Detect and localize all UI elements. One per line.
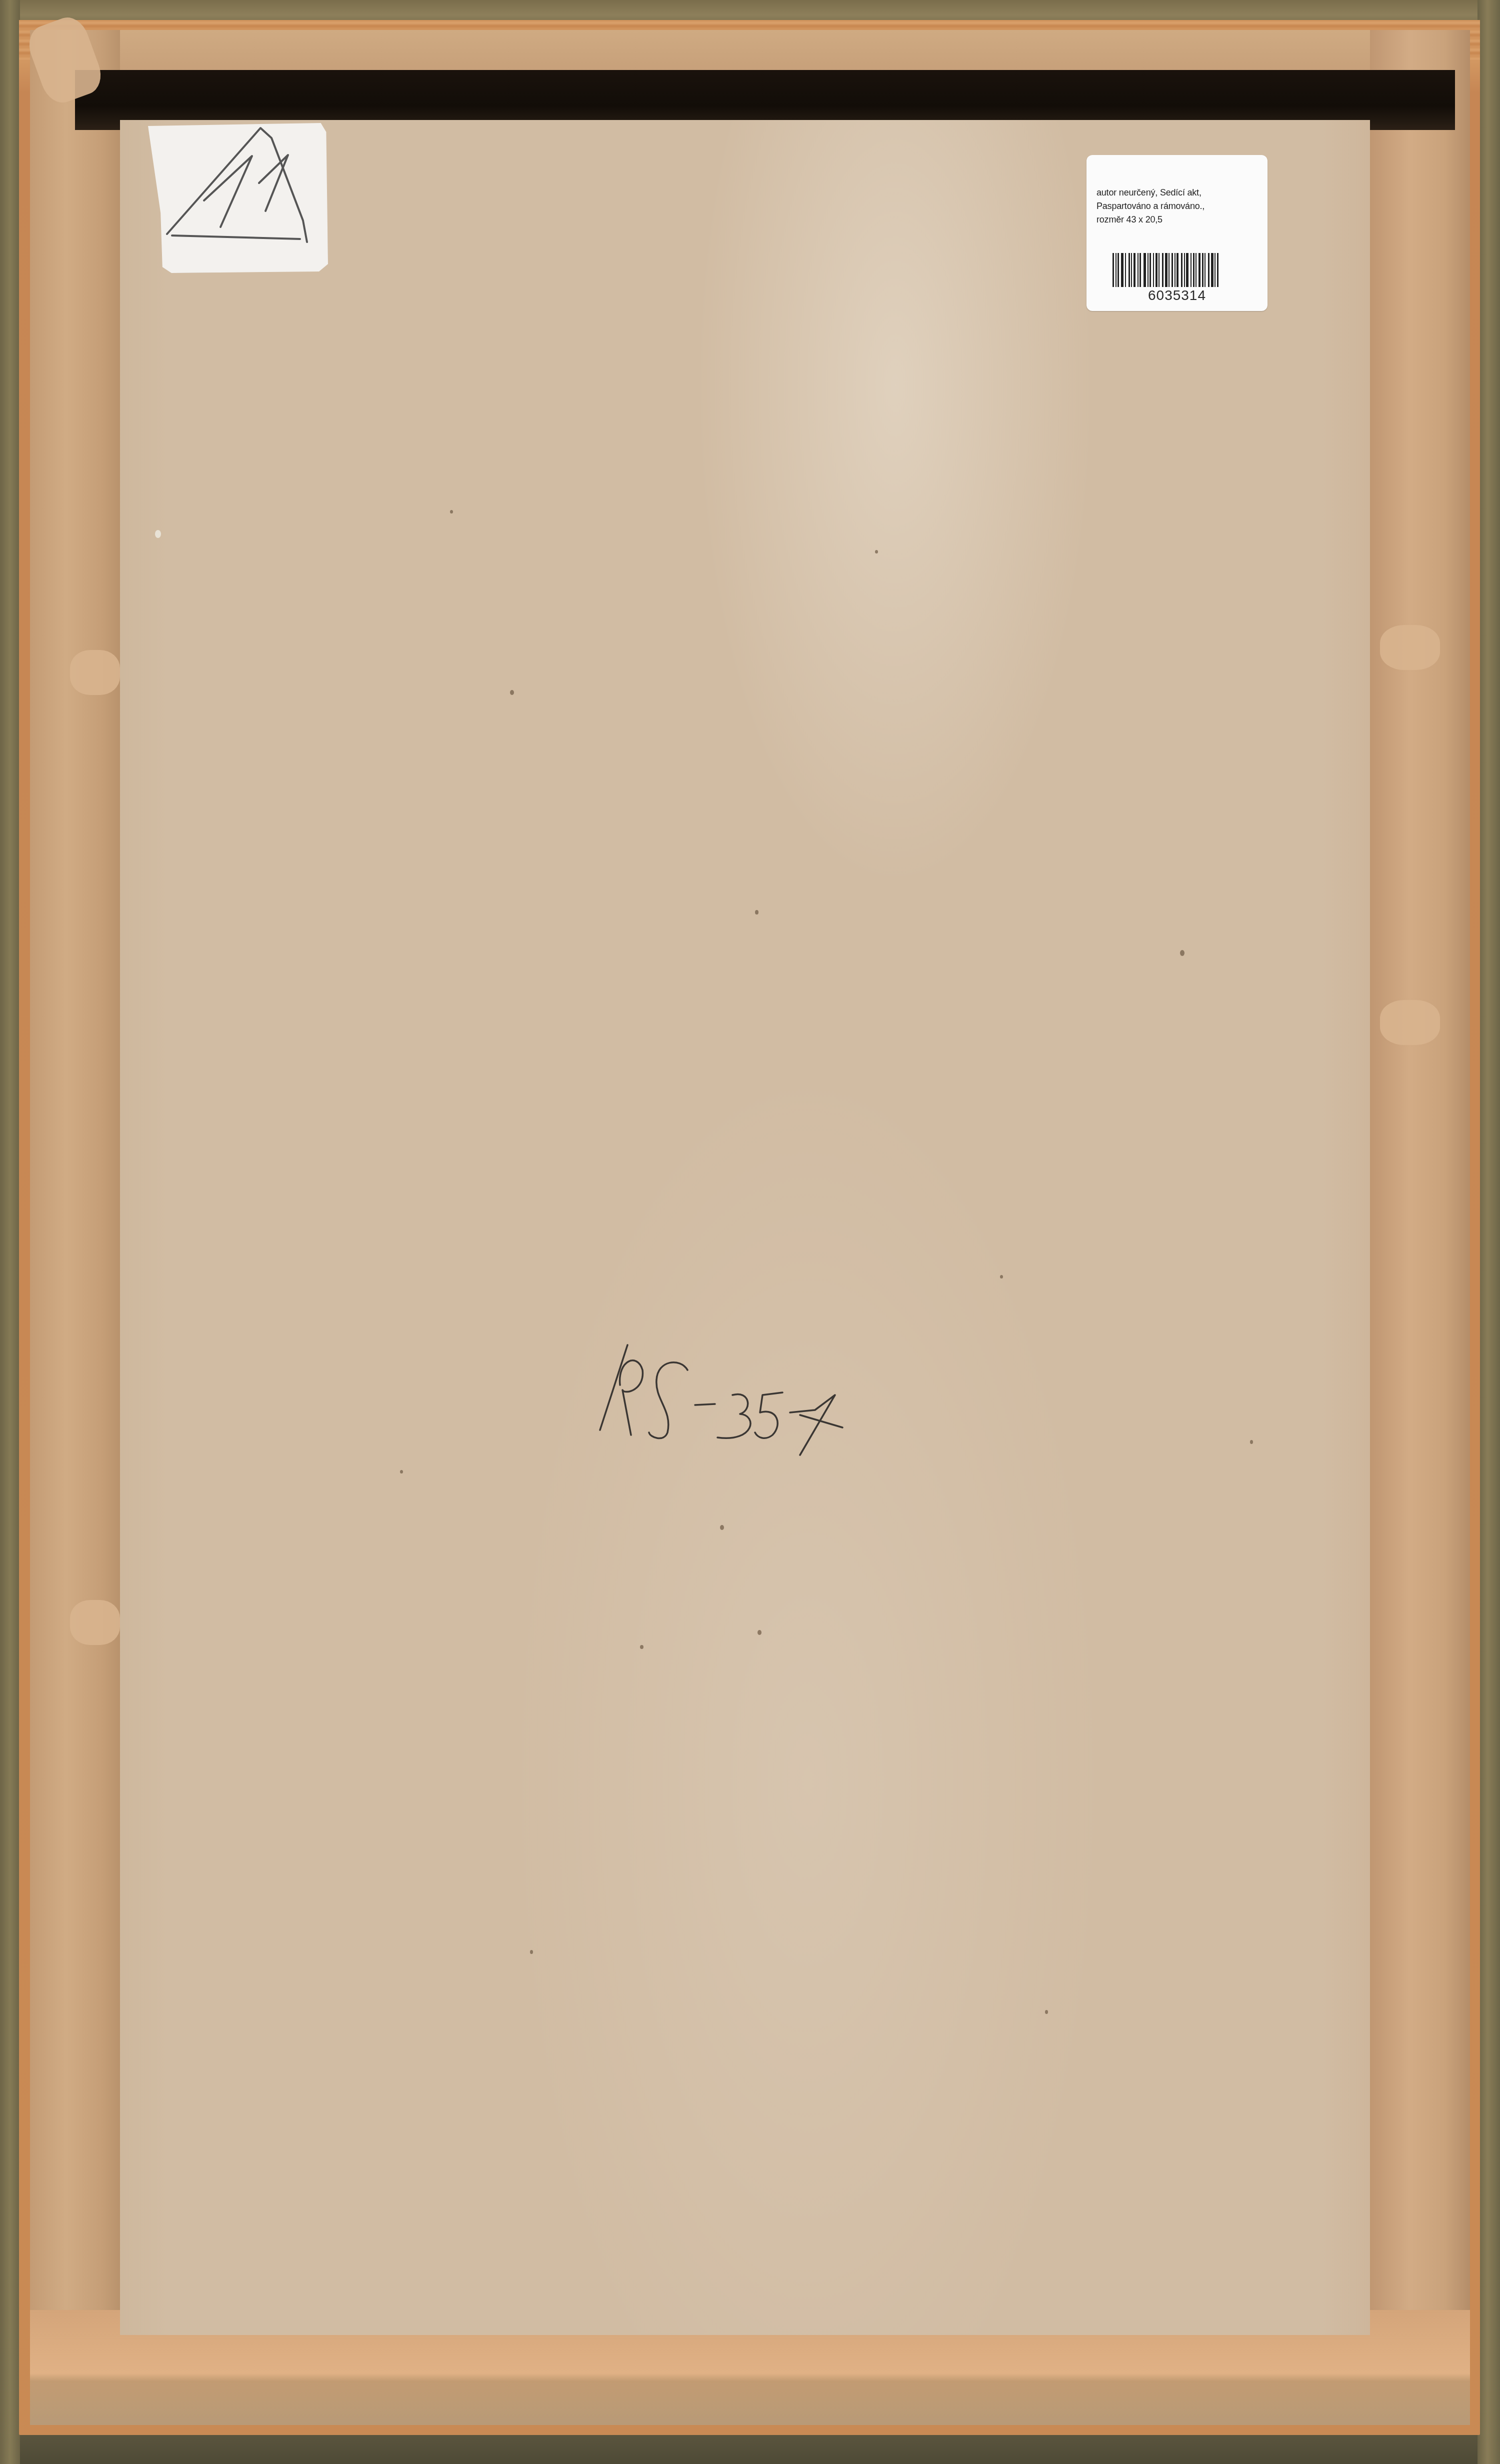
speck (1250, 1440, 1253, 1444)
barcode-icon (1112, 253, 1241, 287)
kraft-tape-top (30, 30, 1470, 70)
label-line-author-title: autor neurčený, Sedící akt, (1096, 186, 1261, 199)
speck (1180, 950, 1184, 956)
speck (510, 690, 514, 695)
speck (400, 1470, 403, 1473)
tape-fold (1380, 1000, 1440, 1045)
speck (450, 510, 453, 513)
catalog-label: autor neurčený, Sedící akt, Paspartováno… (1086, 155, 1267, 311)
tape-fold (70, 650, 120, 695)
speck (640, 1645, 643, 1649)
speck (755, 910, 758, 914)
speck (875, 550, 878, 553)
kraft-tape-right (1370, 30, 1470, 2420)
speck (530, 1950, 533, 1954)
frame-edge-handwriting: illegible handwriting (1465, 1820, 1480, 1900)
speck (155, 530, 161, 538)
sticky-note: 11 (148, 123, 328, 273)
backing-board (120, 120, 1370, 2335)
speck (720, 1525, 724, 1530)
label-line-dimensions: rozměr 43 x 20,5 (1096, 213, 1261, 226)
label-text: autor neurčený, Sedící akt, Paspartováno… (1096, 186, 1261, 226)
handwritten-inventory-text: RS-357 (590, 1330, 1040, 1460)
speck (757, 1630, 761, 1635)
tape-fold (1380, 625, 1440, 670)
label-line-mounting: Paspartováno a rámováno., (1096, 199, 1261, 213)
barcode-number: 6035314 (1086, 287, 1267, 303)
speck (1045, 2010, 1048, 2014)
speck (1000, 1275, 1003, 1278)
tape-fold (70, 1600, 120, 1645)
triangle-mark-icon (148, 123, 328, 273)
kraft-tape-left (30, 30, 120, 2420)
